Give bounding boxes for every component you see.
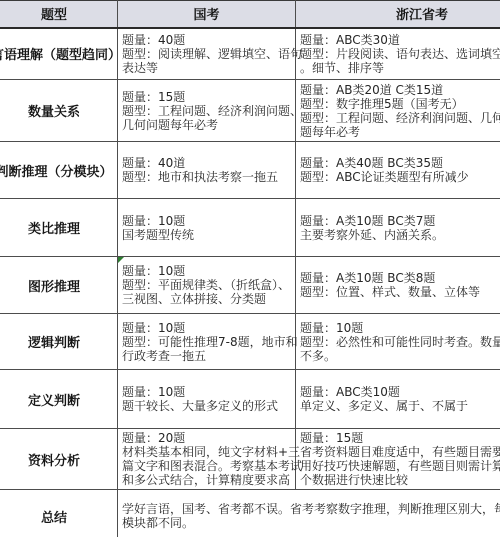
- summary-cell: 学好言语，国考、省考都不误。省考考察数字推理，判断推理区别大，每个 模块都不同。: [118, 490, 500, 537]
- zhejiang-cell: 题量：A类10题 BC类7题 主要考察外延、内涵关系。: [296, 199, 500, 257]
- table-row-ziliao-fenxi: 资料分析 题量：20题 材料类基本相同，纯文字材料+三 篇文字和图表混合。考察基…: [0, 429, 500, 490]
- guokao-cell: 题量：10题 题型：可能性推理7-8题，地市和 行政考查一拖五: [118, 314, 296, 370]
- guokao-cell: 题量：40题 题型：阅读理解、逻辑填空、语句 表达等: [118, 28, 296, 80]
- header-cell-guokao: 国考: [118, 1, 296, 28]
- zhejiang-cell: 题量：ABC类10题 单定义、多定义、属于、不属于: [296, 370, 500, 429]
- table-row-tuxing-tuili: 图形推理 题量：10题 题型：平面规律类、（折纸盒）、 三视图、立体拼接、分类题…: [0, 257, 500, 314]
- table-row-summary: 总结 学好言语，国考、省考都不误。省考考察数字推理，判断推理区别大，每个 模块都…: [0, 490, 500, 537]
- table-row-yanyu-lijie: 言语理解（题型趋同） 题量：40题 题型：阅读理解、逻辑填空、语句 表达等 题量…: [0, 28, 500, 80]
- table-row-panduan-tuili: 判断推理（分模块） 题量：40道 题型：地市和执法考察一拖五 题量：A类40题 …: [0, 142, 500, 199]
- table-row-luoji-panduan: 逻辑判断 题量：10题 题型：可能性推理7-8题，地市和 行政考查一拖五 题量：…: [0, 314, 500, 370]
- table-row-leibi-tuili: 类比推理 题量：10题 国考题型传统 题量：A类10题 BC类7题 主要考察外延…: [0, 199, 500, 257]
- table-row-dingyi-panduan: 定义判断 题量：10题 题干较长、大量多定义的形式 题量：ABC类10题 单定义…: [0, 370, 500, 429]
- zhejiang-cell: 题量：A类40题 BC类35题 题型：ABC论证类题型有所减少: [296, 142, 500, 199]
- guokao-cell: 题量：10题 题干较长、大量多定义的形式: [118, 370, 296, 429]
- zhejiang-cell: 题量：A类10题 BC类8题 题型：位置、样式、数量、立体等: [296, 257, 500, 314]
- guokao-cell: 题量：10题 题型：平面规律类、（折纸盒）、 三视图、立体拼接、分类题: [118, 257, 296, 314]
- green-corner-flag-icon: [118, 257, 124, 263]
- guokao-cell: 题量：15题 题型：工程问题、经济利润问题、 几何问题每年必考: [118, 80, 296, 142]
- guokao-cell: 题量：20题 材料类基本相同，纯文字材料+三 篇文字和图表混合。考察基本考试 和…: [118, 429, 296, 490]
- zhejiang-cell: 题量：AB类20道 C类15道 题型：数字推理5题（国考无） 题型：工程问题、经…: [296, 80, 500, 142]
- row-label: 总结: [0, 490, 118, 537]
- row-label: 资料分析: [0, 429, 118, 490]
- zhejiang-cell: 题量：15题 省考资料题目难度适中，有些题目需要运 用好技巧快速解题，有些题目则…: [296, 429, 500, 490]
- table-row-shuliang-guanxi: 数量关系 题量：15题 题型：工程问题、经济利润问题、 几何问题每年必考 题量：…: [0, 80, 500, 142]
- cell-text: 题量：10题 题型：平面规律类、（折纸盒）、 三视图、立体拼接、分类题: [122, 264, 290, 306]
- row-label: 数量关系: [0, 80, 118, 142]
- header-row: 题型 国考 浙江省考: [0, 1, 500, 28]
- row-label: 类比推理: [0, 199, 118, 257]
- header-cell-zhejiang: 浙江省考: [296, 1, 500, 28]
- row-label: 定义判断: [0, 370, 118, 429]
- zhejiang-cell: 题量：ABC类30道 题型：片段阅读、语句表达、选词填空等 。细节、排序等: [296, 28, 500, 80]
- row-label: 言语理解（题型趋同）: [0, 28, 118, 80]
- row-label: 图形推理: [0, 257, 118, 314]
- exam-comparison-table: 题型 国考 浙江省考 言语理解（题型趋同） 题量：40题 题型：阅读理解、逻辑填…: [0, 0, 500, 537]
- row-label: 逻辑判断: [0, 314, 118, 370]
- row-label: 判断推理（分模块）: [0, 142, 118, 199]
- guokao-cell: 题量：40道 题型：地市和执法考察一拖五: [118, 142, 296, 199]
- zhejiang-cell: 题量：10题 题型：必然性和可能性同时考查。数量差 不多。: [296, 314, 500, 370]
- exam-comparison-table-viewport: 题型 国考 浙江省考 言语理解（题型趋同） 题量：40题 题型：阅读理解、逻辑填…: [0, 0, 500, 537]
- guokao-cell: 题量：10题 国考题型传统: [118, 199, 296, 257]
- header-cell-question-type: 题型: [0, 1, 118, 28]
